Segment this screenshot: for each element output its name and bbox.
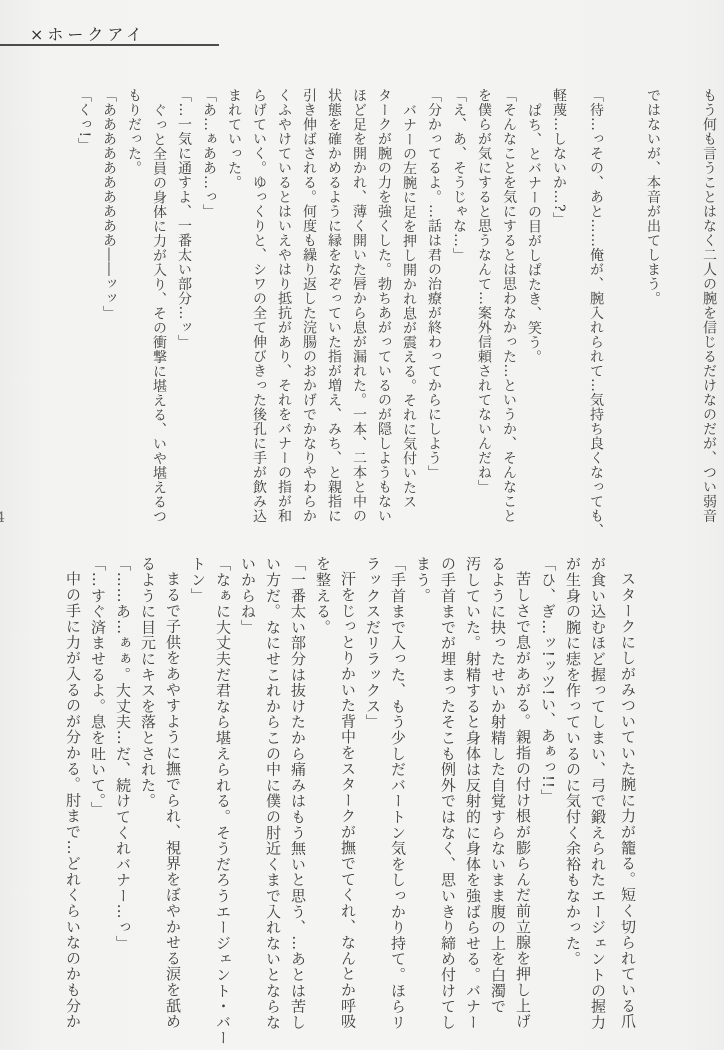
text-column: 汚していた。射精すると身体は反射的に身体を強ばらせる。バナー [460,556,485,1038]
text-column: まれていった。 [221,88,246,540]
text-column: 「あ…ぁああ…っ」 [196,88,221,540]
text-column: ではないが、本音が出てしまう。 [608,88,665,540]
text-column: ラックスだリラックス」 [360,556,385,1038]
text-column: を整える。 [310,556,335,1038]
text-column: ぱち、とバナーの目がしぱたき、笑う。 [521,88,546,555]
text-column: 「え、あ、そうじゃな…」 [446,88,471,540]
text-column: い方だ。なにせこれからこの中に僕の肘近くまで入れないとならな [260,556,285,1038]
page-number: 4 [0,510,5,526]
text-column: を僕らが気にすると思うなんて…案外信頼されてないんだね」 [471,88,496,540]
text-tier-top: もう何も言うことはなく二人の腕を信じるだけなのだが、つい弱音ではないが、本音が出… [71,88,721,540]
text-column: くふやけているとはいえやはり抵抗があり、それをバナーの指が和 [271,88,296,540]
text-column: 「なぁに大丈夫だ君なら堪えられる。そうだろうエージェント・バー [210,556,235,1038]
text-column: るように抉ったせいか射精した自覚すらないまま腹の上を白濁で [485,556,510,1038]
text-column: 中の手に力が入るのが分かる。肘まで…どれくらいなのかも分か [60,556,85,1050]
text-column: 「…一気に通すよ、一番太い部分…ッ」 [171,88,196,540]
scanned-page: ×ホークアイ 4 もう何も言うことはなく二人の腕を信じるだけなのだが、つい弱音で… [0,0,724,1050]
text-column: 「一番太い部分は抜けたから痛みはもう無いと思う、…あとは苦し [285,556,310,1038]
text-column: 「ああああああああああ――ッッ」 [96,88,121,540]
text-column: 「…すぐ済ませるよ。息を吐いて。」 [85,556,110,1038]
text-column: が生身の腕に痣を作っているのに気付く余裕もなかった。 [560,556,585,1038]
text-column: ぐっと全員の身体に力が入り、その衝撃に堪える、いや堪えるつ [146,88,171,555]
text-column: 「手首まで入った、もう少しだバートン気をしっかり持て。ほらリ [385,556,410,1038]
text-column: スタークにしがみついていた腕に力が籠る。短く切られている爪 [610,556,640,1050]
text-column: らげていく。ゆっくりと、シワの全て伸びきった後孔に手が飲み込 [246,88,271,540]
text-column: 「くっ!」 [71,88,96,540]
text-tier-bottom: スタークにしがみついていた腕に力が籠る。短く切られている爪が食い込むほど握ってし… [60,556,640,1038]
text-column: 「ひ、ぎ…ッ!ッツ!い、あぁっ!!」 [535,556,560,1038]
text-column: まう。 [410,556,435,1038]
text-column: ほど足を開かれ、薄く開いた唇から息が漏れた。一本、二本と中の [346,88,371,540]
text-column: 「そんなことを気にするとは思わなかった…というか、そんなこと [496,88,521,540]
text-column: 状態を確かめるように縁をなぞっていた指が増え、みち、と親指に [321,88,346,540]
text-column: いからね」 [235,556,260,1038]
text-column: まるで子供をあやすように撫でられ、視界をぼやかせる涙を舐め [160,556,185,1050]
text-column: 苦しさで息があがる。親指の付け根が膨らんだ前立腺を押し上げ [510,556,535,1050]
text-column: もりだった。 [121,88,146,540]
header-rule [0,44,219,46]
text-column: が食い込むほど握ってしまい、弓で鍛えられたエージェントの握力 [585,556,610,1038]
text-column: もう何も言うことはなく二人の腕を信じるだけなのだが、つい弱音 [665,88,721,540]
text-column: 「分かってるよ。…話は君の治療が終わってからにしよう」 [421,88,446,540]
text-column: の手首までが埋まったそこも例外ではなく、思いきり締め付けてし [435,556,460,1038]
text-column: トン」 [185,556,210,1038]
text-column: 引き伸ばされる。何度も繰り返した浣腸のおかげでかなりやわらか [296,88,321,540]
text-column: バナーの左腕に足を押し開かれ息が震える。それに気付いたス [396,88,421,555]
text-column: 「……あ…ぁぁ。大丈夫…だ、続けてくれバナー…っ」 [110,556,135,1038]
text-column: 「待…っその、あと……俺が、腕入れられて…気持ち良くなっても、 [571,88,608,540]
text-column: るように目元にキスを落とされた。 [135,556,160,1038]
text-column: 汗をじっとりかいた背中をスタークが撫でてくれ、なんとか呼吸 [335,556,360,1050]
section-header: ×ホークアイ [30,22,146,45]
text-column: 軽蔑…しないか…?」 [546,88,571,540]
text-column: タークが腕の力を強くした。勃ちあがっているのが隠しようもない [371,88,396,540]
